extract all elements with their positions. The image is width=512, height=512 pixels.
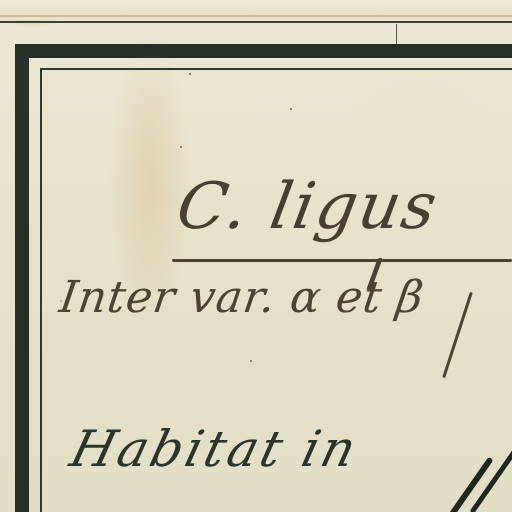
paper-speck [60, 300, 62, 302]
outer-frame-top-border [15, 44, 512, 58]
pencil-tick-mark [396, 24, 397, 44]
top-thin-rule [0, 21, 512, 23]
habitat-printed-script: Habitat in [65, 420, 365, 478]
top-stain-line [0, 15, 512, 17]
inner-frame-top-border [40, 68, 512, 70]
paper-speck [189, 73, 191, 75]
paper-speck [250, 360, 252, 362]
title-underline [172, 259, 512, 262]
specimen-name-handwritten: C. ligus [171, 170, 443, 244]
variety-note-handwritten: Inter var. α et β [56, 272, 427, 323]
paper-speck [180, 146, 182, 148]
outer-frame-left-border [15, 44, 29, 512]
paper-speck [290, 108, 292, 110]
top-paper-edge [0, 0, 512, 20]
inner-frame-left-border [40, 68, 42, 512]
